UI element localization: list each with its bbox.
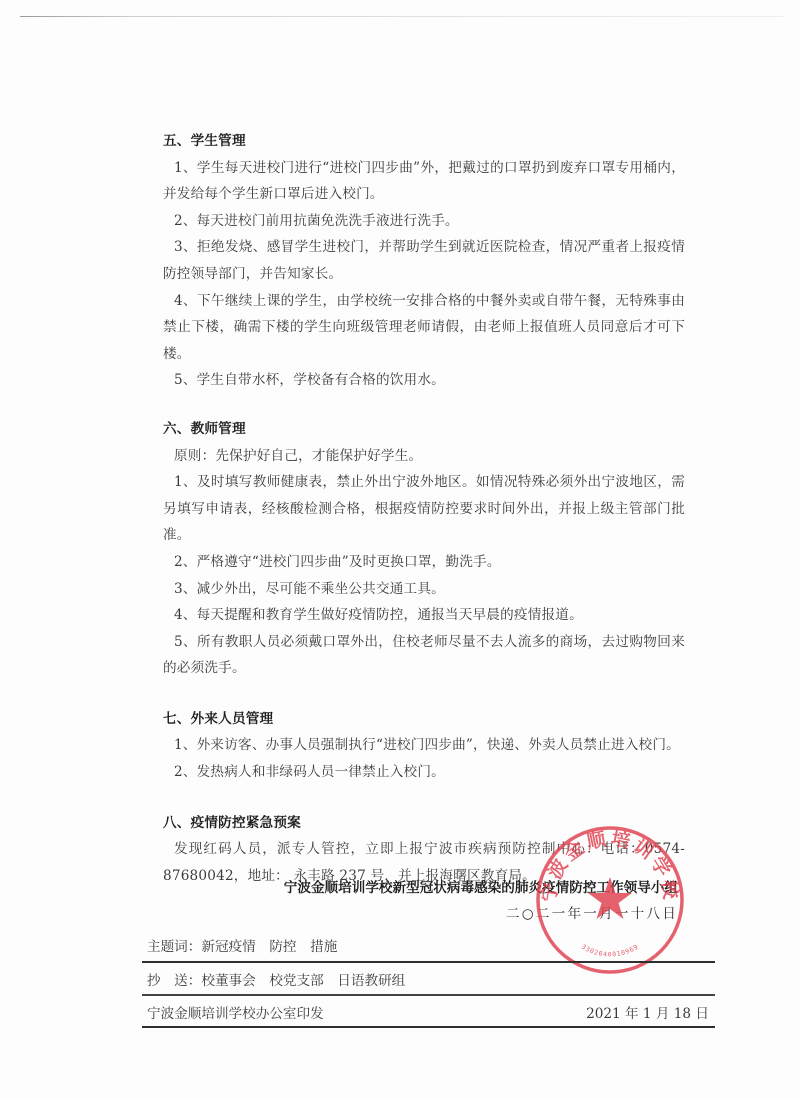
section-heading: 八、疫情防控紧急预案	[163, 810, 685, 837]
paragraph: 3、拒绝发烧、感冒学生进校门，并帮助学生到就近医院检查，情况严重者上报疫情防控领…	[163, 234, 685, 287]
keywords-text: 主题词：新冠疫情 防控 措施	[142, 939, 337, 955]
paragraph: 2、每天进校门前用抗菌免洗洗手液进行洗手。	[163, 208, 685, 235]
paragraph: 5、学生自带水杯，学校备有合格的饮用水。	[163, 367, 685, 394]
cc-text: 抄 送：校董事会 校党支部 日语教研组	[142, 973, 405, 989]
paragraph: 2、发热病人和非绿码人员一律禁止入校门。	[163, 759, 685, 786]
footer-divider	[142, 994, 715, 996]
footer-cc: 抄 送：校董事会 校党支部 日语教研组	[142, 969, 715, 989]
scan-edge-line	[20, 16, 785, 17]
paragraph: 1、学生每天进校门进行“进校门四步曲”外，把戴过的口罩扔到废弃口罩专用桶内，并发…	[163, 155, 685, 208]
footer-divider	[142, 1026, 715, 1028]
document-body: 五、学生管理 1、学生每天进校门进行“进校门四步曲”外，把戴过的口罩扔到废弃口罩…	[163, 128, 685, 908]
footer-divider	[142, 961, 715, 963]
paragraph: 1、及时填写教师健康表，禁止外出宁波外地区。如情况特殊必须外出宁波地区，需另填写…	[163, 469, 685, 549]
signature-date: 二○二一年一月一十八日	[480, 902, 678, 922]
signature-organization: 宁波金顺培训学校新型冠状病毒感染的肺炎疫情防控工作领导小组	[238, 876, 678, 896]
section-heading: 六、教师管理	[163, 416, 685, 443]
footer-issuer: 宁波金顺培训学校办公室印发 2021 年 1 月 18 日	[142, 1002, 715, 1022]
paragraph: 2、严格遵守“进校门四步曲”及时更换口罩，勤洗手。	[163, 549, 685, 576]
issuer-text: 宁波金顺培训学校办公室印发	[142, 1006, 324, 1022]
section-student-management: 五、学生管理 1、学生每天进校门进行“进校门四步曲”外，把戴过的口罩扔到废弃口罩…	[163, 128, 685, 394]
section-visitor-management: 七、外来人员管理 1、外来访客、办事人员强制执行“进校门四步曲”，快递、外卖人员…	[163, 706, 685, 786]
paragraph: 原则：先保护好自己，才能保护好学生。	[163, 443, 685, 470]
footer-keywords: 主题词：新冠疫情 防控 措施	[142, 935, 715, 955]
paragraph: 3、减少外出，尽可能不乘坐公共交通工具。	[163, 576, 685, 603]
paragraph: 4、每天提醒和教育学生做好疫情防控，通报当天早晨的疫情报道。	[163, 602, 685, 629]
section-heading: 七、外来人员管理	[163, 706, 685, 733]
paragraph: 5、所有教职人员必须戴口罩外出，住校老师尽量不去人流多的商场，去过购物回来的必须…	[163, 629, 685, 682]
section-heading: 五、学生管理	[163, 128, 685, 155]
section-teacher-management: 六、教师管理 原则：先保护好自己，才能保护好学生。 1、及时填写教师健康表，禁止…	[163, 416, 685, 682]
paragraph: 1、外来访客、办事人员强制执行“进校门四步曲”，快递、外卖人员禁止进入校门。	[163, 732, 685, 759]
document-page: 五、学生管理 1、学生每天进校门进行“进校门四步曲”外，把戴过的口罩扔到废弃口罩…	[0, 0, 800, 1100]
issue-date: 2021 年 1 月 18 日	[586, 1002, 709, 1022]
paragraph: 4、下午继续上课的学生，由学校统一安排合格的中餐外卖或自带午餐，无特殊事由禁止下…	[163, 288, 685, 368]
